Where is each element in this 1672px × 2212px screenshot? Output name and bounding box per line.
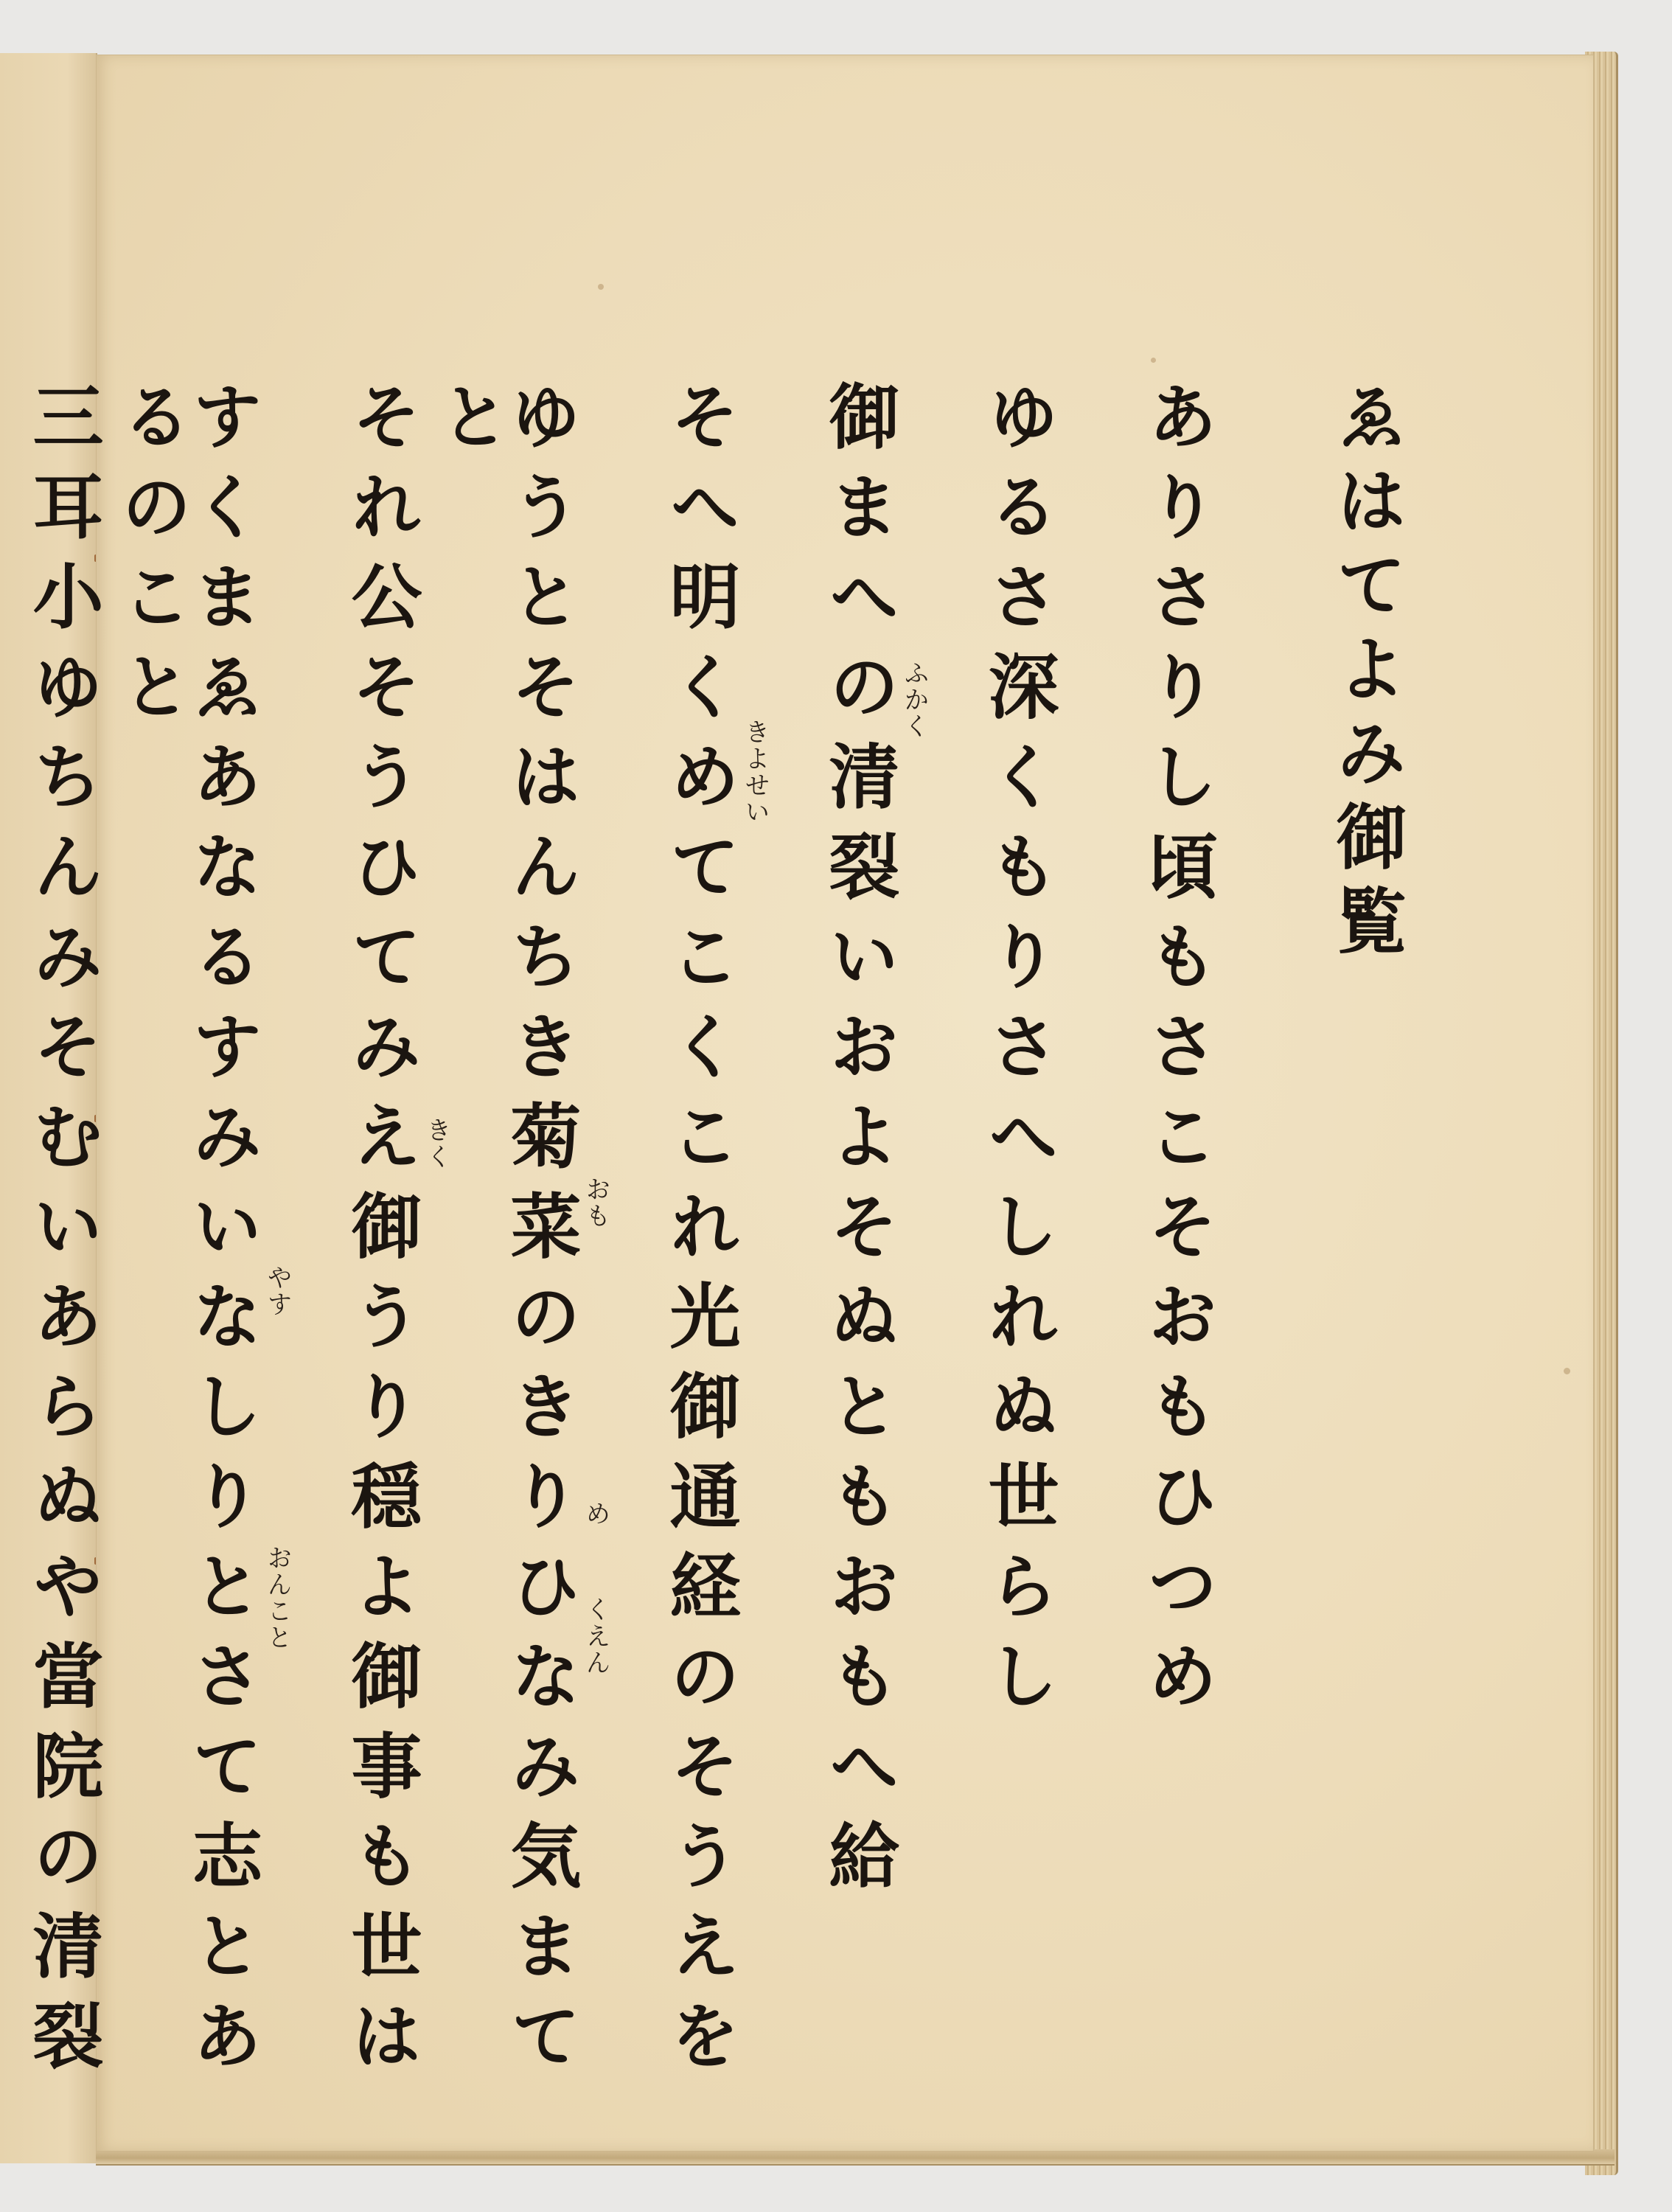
furigana: きよせい	[742, 719, 767, 825]
text-column-1: ありさりし頃もさこそおもひつめ	[1080, 380, 1213, 2135]
furigana: やす	[265, 1265, 290, 1318]
column-text: 三耳小ゆちんみそむいあらぬや當院の清裂	[21, 380, 105, 2089]
foxing-spot	[1151, 358, 1156, 363]
foxing-spot	[1564, 1368, 1570, 1374]
furigana: おんこと	[265, 1545, 290, 1651]
text-columns: ゑはてよみ御覧 ありさりし頃もさこそおもひつめ ゆるさ深くもりさへしれぬ世らし …	[0, 380, 1401, 2135]
furigana: きく	[424, 1117, 449, 1170]
column-text: すくまゑあなるすみいなしりとさて志とあるのこと	[110, 380, 264, 2089]
text-column-3: 御まへの清裂いおよそぬともおもへ給 きよせい	[762, 380, 894, 2135]
text-column-6: それ公そうひてみえ御うり穏よ御事も世は やす おんこと	[284, 380, 417, 2135]
column-text: ゆるさ深くもりさへしれぬ世らし	[977, 380, 1060, 1729]
furigana: め	[583, 1500, 608, 1527]
foxing-spot	[598, 284, 604, 290]
manuscript-page: ゑはてよみ御覧 ありさりし頃もさこそおもひつめ ゆるさ深くもりさへしれぬ世らし …	[96, 55, 1594, 2152]
column-text: それ公そうひてみえ御うり穏よ御事も世は	[340, 380, 423, 2089]
furigana: おも	[583, 1176, 608, 1229]
column-text: ゆうとそはんちき菊菜のきりひなみ気まてと	[428, 380, 582, 2089]
page-stack-bottom-edge	[96, 2149, 1614, 2166]
title-column: ゑはてよみ御覧	[1269, 380, 1401, 2135]
column-text: 御まへの清裂いおよそぬともおもへ給	[818, 380, 901, 1909]
text-column-4: そへ明くめてこくこれ光御通経のそうえを め おも くえん	[602, 380, 735, 2135]
text-column-8: 三耳小ゆちんみそむいあらぬや當院の清裂 こう ねうゐん きよせい	[0, 380, 98, 2135]
column-text: ありさりし頃もさこそおもひつめ	[1136, 380, 1219, 1729]
text-column-2: ゆるさ深くもりさへしれぬ世らし ふかく	[921, 380, 1053, 2135]
text-column-5: ゆうとそはんちき菊菜のきりひなみ気まてと きく	[443, 380, 576, 2135]
furigana: くえん	[583, 1596, 608, 1676]
column-text: そへ明くめてこくこれ光御通経のそうえを	[658, 380, 742, 2089]
furigana: ふかく	[902, 660, 927, 740]
text-column-7: すくまゑあなるすみいなしりとさて志とあるのこと	[125, 380, 257, 2135]
